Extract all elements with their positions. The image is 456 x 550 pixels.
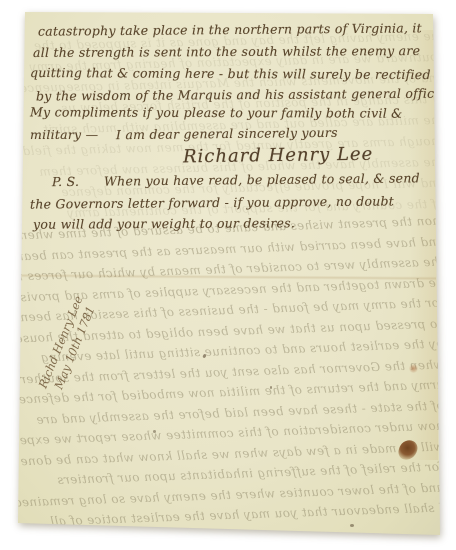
letter-closing-line: I am dear general sincerely yours xyxy=(116,125,338,142)
letter-line: My compliments if you please to your fam… xyxy=(30,104,403,120)
letter-line: by the wisdom of the Marquis and his ass… xyxy=(36,86,456,104)
letter-line: military — xyxy=(30,127,98,142)
letter-line: quitting that & coming here - but this w… xyxy=(30,65,431,82)
ink-speck xyxy=(270,386,272,389)
letter-line: all the strength is sent into the south … xyxy=(33,43,420,60)
letter-paper: the enemy having left the bay and gone a… xyxy=(0,0,456,550)
fox-spot xyxy=(409,364,418,373)
letter-paper-shadow: the enemy having left the bay and gone a… xyxy=(0,0,456,550)
signature-richard-henry-lee: Richard Henry Lee xyxy=(183,144,374,168)
ink-speck xyxy=(350,524,354,527)
letter-line: you will add your weight to our desires. xyxy=(33,215,295,231)
letter-line: the Governors letter forward - if you ap… xyxy=(30,193,394,211)
letter-photograph: the enemy having left the bay and gone a… xyxy=(0,0,456,550)
postscript-label: P. S. xyxy=(52,174,79,189)
ink-speck xyxy=(153,430,156,433)
